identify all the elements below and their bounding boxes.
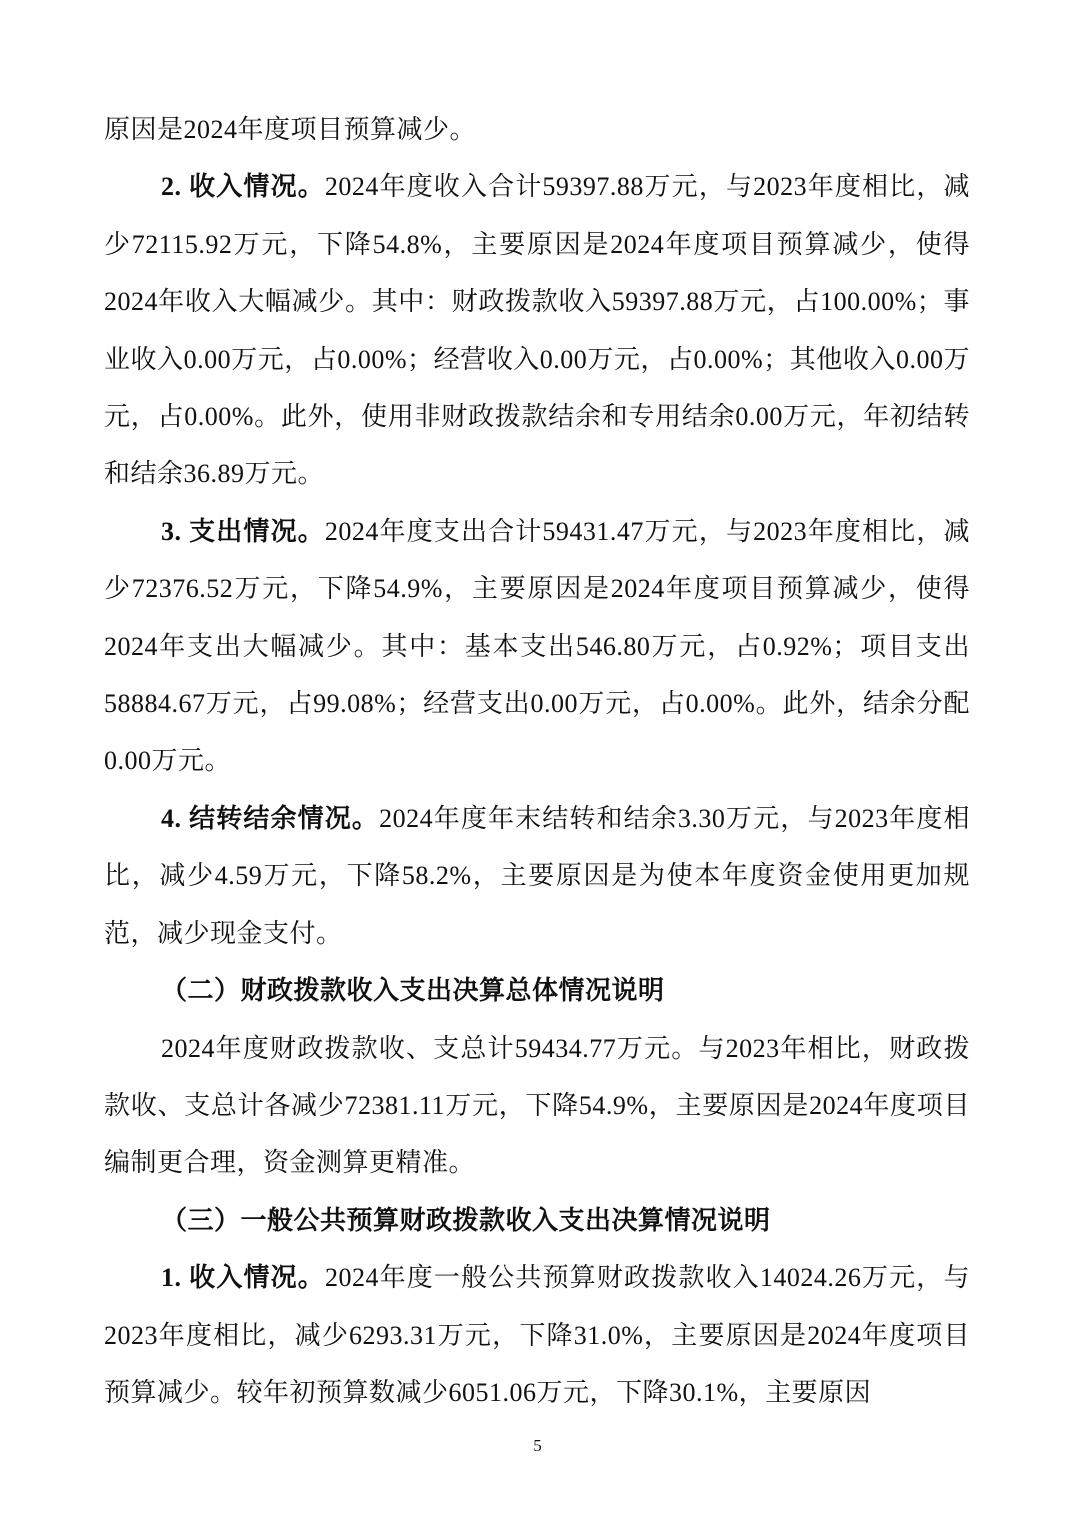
paragraph-continuation: 原因是2024年度项目预算减少。 [104, 101, 970, 158]
paragraph-expenditure: 3. 支出情况。2024年度支出合计59431.47万元，与2023年度相比，减… [104, 503, 970, 790]
paragraph-lead: 4. 结转结余情况。 [161, 804, 379, 833]
document-body: 原因是2024年度项目预算减少。 2. 收入情况。2024年度收入合计59397… [104, 101, 970, 1421]
paragraph-text: 2024年度收入合计59397.88万元，与2023年度相比，减少72115.9… [104, 172, 970, 488]
paragraph-lead: 3. 支出情况。 [161, 517, 325, 546]
paragraph-text: 原因是2024年度项目预算减少。 [104, 115, 476, 144]
paragraph-lead: 2. 收入情况。 [161, 172, 325, 201]
paragraph-text: 2024年度财政拨款收、支总计59434.77万元。与2023年相比，财政拨款收… [104, 1034, 970, 1178]
paragraph-fiscal-overall: 2024年度财政拨款收、支总计59434.77万元。与2023年相比，财政拨款收… [104, 1020, 970, 1192]
paragraph-income: 2. 收入情况。2024年度收入合计59397.88万元，与2023年度相比，减… [104, 158, 970, 502]
document-page: 原因是2024年度项目预算减少。 2. 收入情况。2024年度收入合计59397… [0, 0, 1075, 1520]
section-heading-3: （三）一般公共预算财政拨款收入支出决算情况说明 [104, 1192, 970, 1249]
paragraph-public-budget-income: 1. 收入情况。2024年度一般公共预算财政拨款收入14024.26万元，与20… [104, 1249, 970, 1421]
section-heading-2: （二）财政拨款收入支出决算总体情况说明 [104, 962, 970, 1019]
page-number: 5 [0, 1436, 1075, 1456]
paragraph-text: 2024年度支出合计59431.47万元，与2023年度相比，减少72376.5… [104, 517, 970, 776]
paragraph-carryover: 4. 结转结余情况。2024年度年末结转和结余3.30万元，与2023年度相比，… [104, 790, 970, 962]
paragraph-lead: 1. 收入情况。 [161, 1263, 325, 1292]
